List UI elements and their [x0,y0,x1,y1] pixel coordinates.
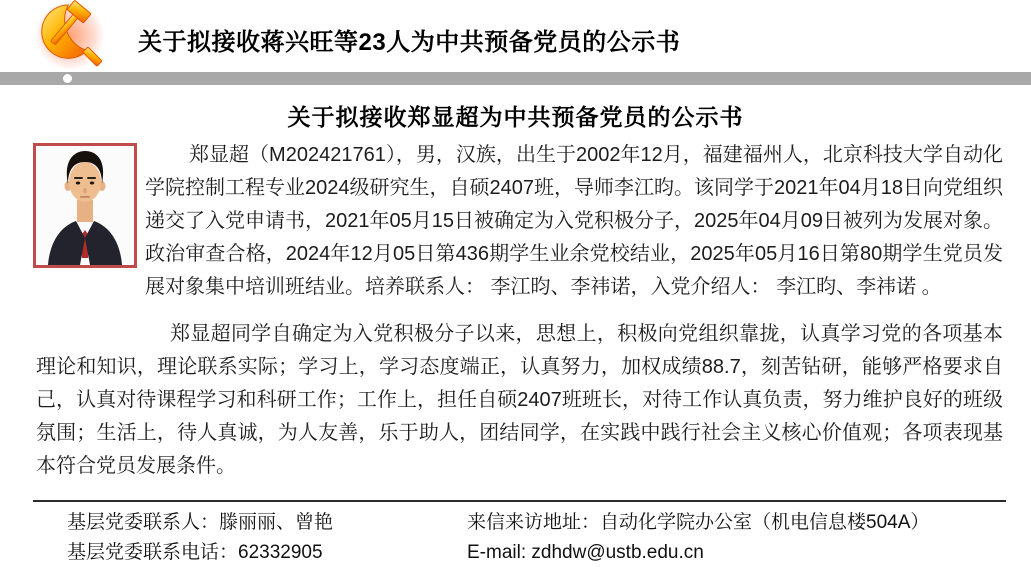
notice-page: 关于拟接收蒋兴旺等23人为中共预备党员的公示书 关于拟接收郑显超为中共预备党员的… [0,0,1031,579]
notice-body-row: 郑显超（M202421761），男，汉族，出生于2002年12月，福建福州人，北… [33,143,1003,304]
footer-address: 来信来访地址：自动化学院办公室（机电信息楼504A） [467,508,1031,538]
page-header: 关于拟接收蒋兴旺等23人为中共预备党员的公示书 [0,0,1031,72]
progress-handle-dot[interactable] [63,74,72,83]
notice-title: 关于拟接收郑显超为中共预备党员的公示书 [0,102,1031,132]
notice-paragraph-1: 郑显超（M202421761），男，汉族，出生于2002年12月，福建福州人，北… [145,139,1003,304]
footer-left-column: 基层党委联系人：滕丽丽、曾艳 基层党委联系电话：62332905 [67,508,467,568]
footer-contact-phone: 基层党委联系电话：62332905 [67,538,467,568]
party-emblem-icon [30,1,110,71]
header-title: 关于拟接收蒋兴旺等23人为中共预备党员的公示书 [138,22,680,57]
footer-columns: 基层党委联系人：滕丽丽、曾艳 基层党委联系电话：62332905 来信来访地址：… [0,502,1031,568]
footer-contact-person: 基层党委联系人：滕丽丽、曾艳 [67,508,467,538]
progress-bar [0,72,1031,85]
notice-paragraph-2: 郑显超同学自确定为入党积极分子以来，思想上，积极向党组织靠拢，认真学习党的各项基… [36,318,1003,483]
footer: 基层党委联系人：滕丽丽、曾艳 基层党委联系电话：62332905 来信来访地址：… [0,500,1031,579]
applicant-id-photo [33,143,137,268]
footer-email: E-mail: zdhdw@ustb.edu.cn [467,538,1031,568]
footer-right-column: 来信来访地址：自动化学院办公室（机电信息楼504A） E-mail: zdhdw… [467,508,1031,568]
